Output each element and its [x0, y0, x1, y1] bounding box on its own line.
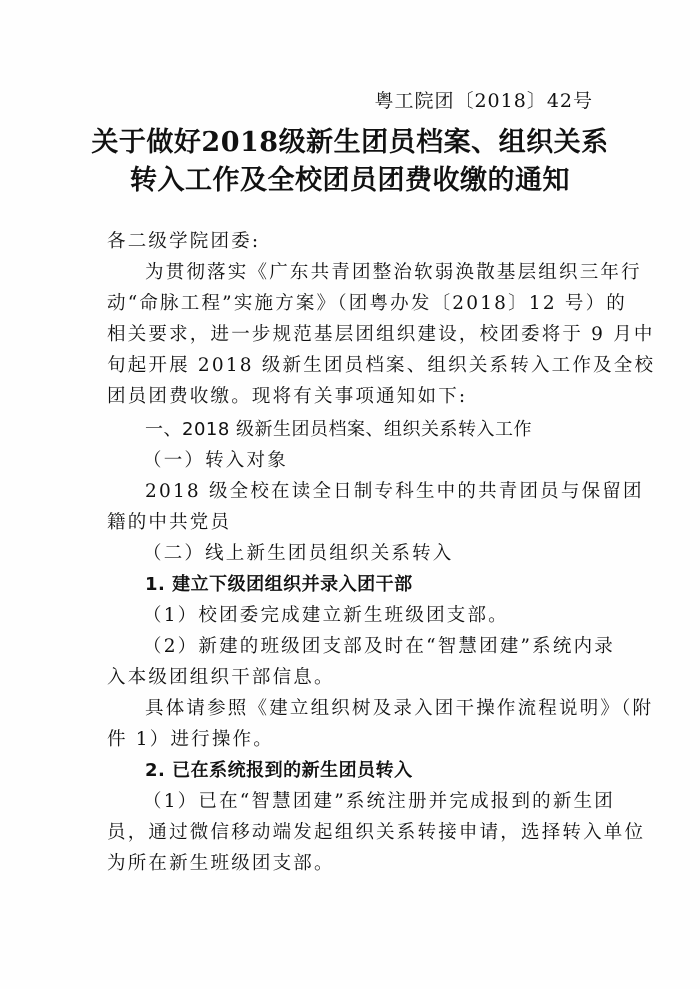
item-2-point-1-line: 为所在新生班级团支部。	[107, 848, 591, 879]
document-page: 粤工院团〔2018〕42号 关于做好2018级新生团员档案、组织关系 转入工作及…	[0, 0, 700, 989]
intro-paragraph-line: 旬起开展 2018 级新生团员档案、组织关系转入工作及全校	[107, 350, 591, 381]
item-heading-2: 2. 已在系统报到的新生团员转入	[107, 755, 591, 786]
document-body: 各二级学院团委: 为贯彻落实《广东共青团整治软弱涣散基层组织三年行 动“命脉工程…	[107, 226, 591, 879]
item-1-point-1: （1）校团委完成建立新生班级团支部。	[107, 600, 591, 631]
subsection-1-paragraph-line: 籍的中共党员	[107, 507, 591, 538]
subsection-heading-1: （一）转入对象	[107, 445, 591, 476]
intro-paragraph-line: 相关要求，进一步规范基层团组织建设，校团委将于 9 月中	[107, 319, 591, 350]
item-1-reference-line: 具体请参照《建立组织树及录入团干操作流程说明》（附	[107, 693, 591, 724]
document-number: 粤工院团〔2018〕42号	[374, 86, 593, 113]
intro-paragraph-line: 团员团费收缴。现将有关事项通知如下:	[107, 381, 591, 412]
item-1-reference-line: 件 1）进行操作。	[107, 724, 591, 755]
item-2-point-1-line: 员，通过微信移动端发起组织关系转接申请，选择转入单位	[107, 817, 591, 848]
item-2-point-1-line: （1）已在“智慧团建”系统注册并完成报到的新生团	[107, 786, 591, 817]
salutation: 各二级学院团委:	[107, 226, 591, 257]
section-heading-1: 一、2018 级新生团员档案、组织关系转入工作	[107, 414, 591, 445]
subsection-1-paragraph-line: 2018 级全校在读全日制专科生中的共青团员与保留团	[107, 476, 591, 507]
item-1-point-2-line: （2）新建的班级团支部及时在“智慧团建”系统内录	[107, 631, 591, 662]
document-title-line-2: 转入工作及全校团员团费收缴的通知	[0, 158, 700, 197]
item-heading-1: 1. 建立下级团组织并录入团干部	[107, 569, 591, 600]
intro-paragraph-line: 为贯彻落实《广东共青团整治软弱涣散基层组织三年行	[107, 257, 591, 288]
document-title-line-1: 关于做好2018级新生团员档案、组织关系	[0, 120, 700, 159]
intro-paragraph-line: 动“命脉工程”实施方案》（团粤办发〔2018〕12 号）的	[107, 288, 591, 319]
subsection-heading-2: （二）线上新生团员组织关系转入	[107, 538, 591, 569]
item-1-point-2-line: 入本级团组织干部信息。	[107, 662, 591, 693]
